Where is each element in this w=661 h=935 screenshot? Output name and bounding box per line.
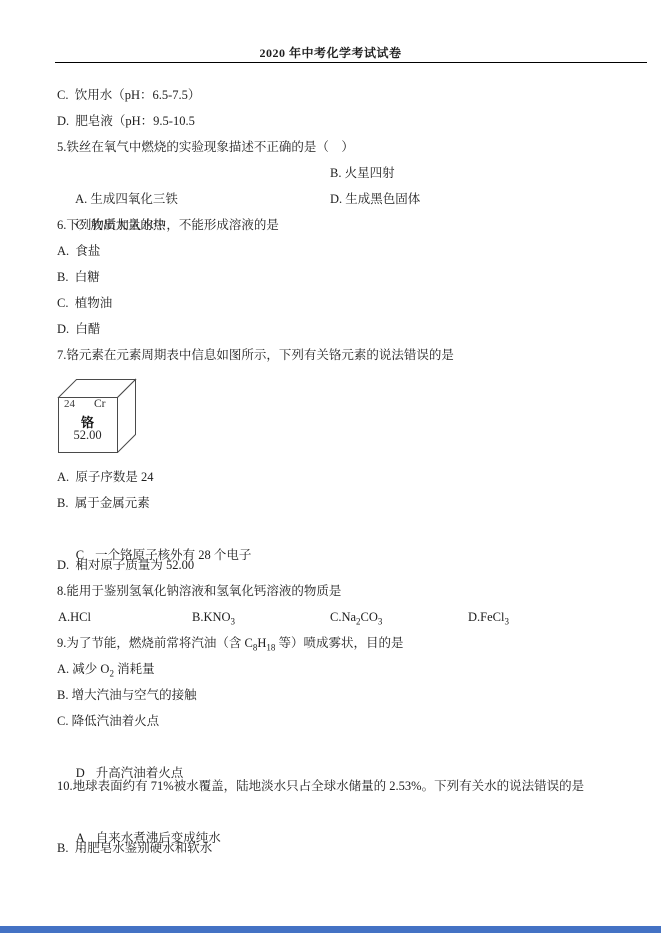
q10-option-a: A.自来水煮沸后变成纯水	[57, 799, 651, 835]
q6-option-d: D. 白醋	[57, 316, 651, 342]
q7-option-a: A. 原子序数是 24	[57, 464, 651, 490]
q5-option-d: D. 生成黑色固体	[330, 186, 420, 212]
q5-option-b: B. 火星四射	[330, 160, 395, 186]
exam-body: C. 饮用水（pH：6.5-7.5） D. 肥皂液（pH：9.5-10.5 5.…	[57, 82, 651, 861]
q6-stem: 6.下列物质加入水中，不能形成溶液的是	[57, 212, 651, 238]
q9-option-c: C. 降低汽油着火点	[57, 708, 651, 734]
q7-option-c: C.一个铬原子核外有 28 个电子	[57, 516, 651, 552]
q9-option-b: B. 增大汽油与空气的接触	[57, 682, 651, 708]
element-atomic-number: 24	[64, 398, 75, 410]
q9-option-a: A. 减少 O2 消耗量	[57, 656, 651, 682]
q8-stem: 8.能用于鉴别氢氧化钠溶液和氢氧化钙溶液的物质是	[57, 578, 651, 604]
q5-options-row-1: A. 生成四氧化三铁 B. 火星四射	[57, 160, 651, 186]
q8-option-d: D.FeCl3	[468, 604, 509, 630]
element-cell-cube: 24 Cr 铬 52.00	[57, 377, 137, 453]
page-title: 2020 年中考化学考试试卷	[0, 44, 661, 61]
q7-option-d: D. 相对原子质量为 52.00	[57, 552, 651, 578]
q7-figure-row: 24 Cr 铬 52.00	[57, 368, 651, 452]
q7-stem: 7.铬元素在元素周期表中信息如图所示，下列有关铬元素的说法错误的是	[57, 342, 651, 368]
q6-option-c: C. 植物油	[57, 290, 651, 316]
q6-option-b: B. 白糖	[57, 264, 651, 290]
q9-stem: 9.为了节能，燃烧前常将汽油（含 C8H18 等）喷成雾状，目的是	[57, 630, 651, 656]
q8-option-c: C.Na2CO3	[330, 604, 382, 630]
q8-option-b: B.KNO3	[192, 604, 235, 630]
q6-option-a: A. 食盐	[57, 238, 651, 264]
bottom-accent-bar	[0, 926, 661, 933]
q9-option-d: D.升高汽油着火点	[57, 734, 651, 773]
element-symbol: Cr	[94, 398, 106, 410]
q8-options-row: A.HCl B.KNO3 C.Na2CO3 D.FeCl3	[57, 604, 651, 630]
q4-option-c: C. 饮用水（pH：6.5-7.5）	[57, 82, 651, 108]
q4-option-d: D. 肥皂液（pH：9.5-10.5	[57, 108, 651, 134]
q5-stem: 5.铁丝在氧气中燃烧的实验现象描述不正确的是（ ）	[57, 134, 651, 160]
exam-page: 2020 年中考化学考试试卷 C. 饮用水（pH：6.5-7.5） D. 肥皂液…	[0, 0, 661, 935]
q5-options-row-2: C. 放出大量的热 D. 生成黑色固体	[57, 186, 651, 212]
element-atomic-mass: 52.00	[58, 428, 117, 443]
q8-option-a: A.HCl	[58, 604, 91, 630]
q7-option-b: B. 属于金属元素	[57, 490, 651, 516]
q10-stem: 10.地球表面约有 71%被水覆盖，陆地淡水只占全球水储量的 2.53%。下列有…	[57, 773, 651, 799]
title-divider	[55, 62, 647, 63]
q10-option-b: B. 用肥皂水鉴别硬水和软水	[57, 835, 651, 861]
